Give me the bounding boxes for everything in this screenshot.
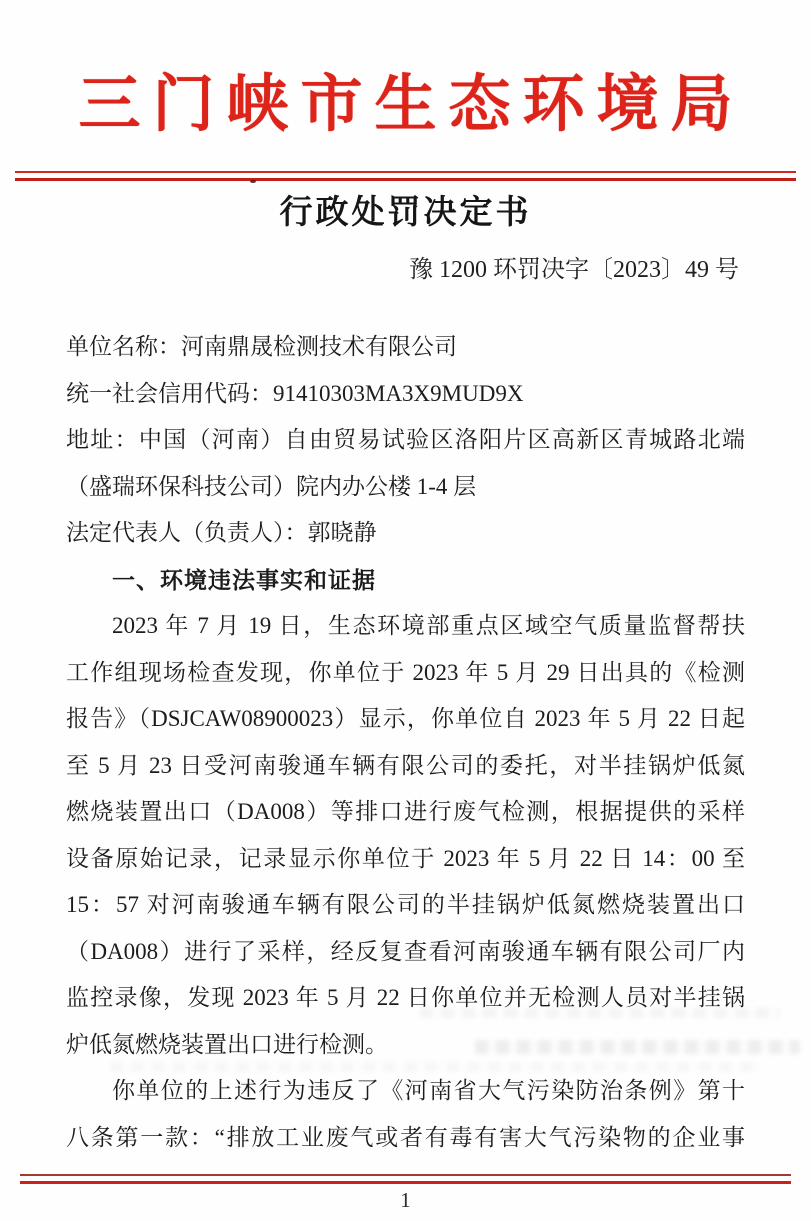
info-line-credit-code: 统一社会信用代码：91410303MA3X9MUD9X: [66, 371, 745, 418]
body-line: 燃烧装置出口（DA008）等排口进行废气检测，根据提供的采样: [66, 789, 745, 836]
info-line-address-2: （盛瑞环保科技公司）院内办公楼 1-4 层: [66, 464, 745, 511]
section-heading: 一、环境违法事实和证据: [66, 557, 745, 604]
info-line-company-name: 单位名称：河南鼎晟检测技术有限公司: [66, 324, 745, 371]
document-page: 三门峡市生态环境局 行政处罚决定书 豫 1200 环罚决字〔2023〕49 号 …: [0, 0, 811, 1221]
footer-rule: [20, 1174, 791, 1184]
agency-letterhead: 三门峡市生态环境局: [0, 54, 811, 143]
document-title: 行政处罚决定书: [0, 186, 811, 233]
document-number: 豫 1200 环罚决字〔2023〕49 号: [409, 249, 739, 284]
info-line-legal-representative: 法定代表人（负责人）：郭晓静: [66, 510, 745, 557]
page-number: 1: [0, 1188, 811, 1213]
document-body: 单位名称：河南鼎晟检测技术有限公司 统一社会信用代码：91410303MA3X9…: [66, 324, 745, 1161]
body-line: 八条第一款：“排放工业废气或者有毒有害大气污染物的企业事: [66, 1115, 745, 1162]
body-line: 炉低氮燃烧装置出口进行检测。: [66, 1022, 745, 1069]
body-line: 设备原始记录，记录显示你单位于 2023 年 5 月 22 日 14：00 至: [66, 836, 745, 883]
body-line: （DA008）进行了采样，经反复查看河南骏通车辆有限公司厂内: [66, 929, 745, 976]
body-line: 2023 年 7 月 19 日，生态环境部重点区域空气质量监督帮扶: [66, 603, 745, 650]
body-line: 报告》（DSJCAW08900023）显示，你单位自 2023 年 5 月 22…: [66, 696, 745, 743]
body-line: 监控录像，发现 2023 年 5 月 22 日你单位并无检测人员对半挂锅: [66, 975, 745, 1022]
body-line: 你单位的上述行为违反了《河南省大气污染防治条例》第十: [66, 1068, 745, 1115]
ink-mark: [250, 180, 256, 183]
letterhead-divider-rule: [15, 171, 796, 181]
info-line-address-1: 地址：中国（河南）自由贸易试验区洛阳片区高新区青城路北端: [66, 417, 745, 464]
body-line: 工作组现场检查发现，你单位于 2023 年 5 月 29 日出具的《检测: [66, 650, 745, 697]
body-line: 15：57 对河南骏通车辆有限公司的半挂锅炉低氮燃烧装置出口: [66, 882, 745, 929]
body-line: 至 5 月 23 日受河南骏通车辆有限公司的委托，对半挂锅炉低氮: [66, 743, 745, 790]
